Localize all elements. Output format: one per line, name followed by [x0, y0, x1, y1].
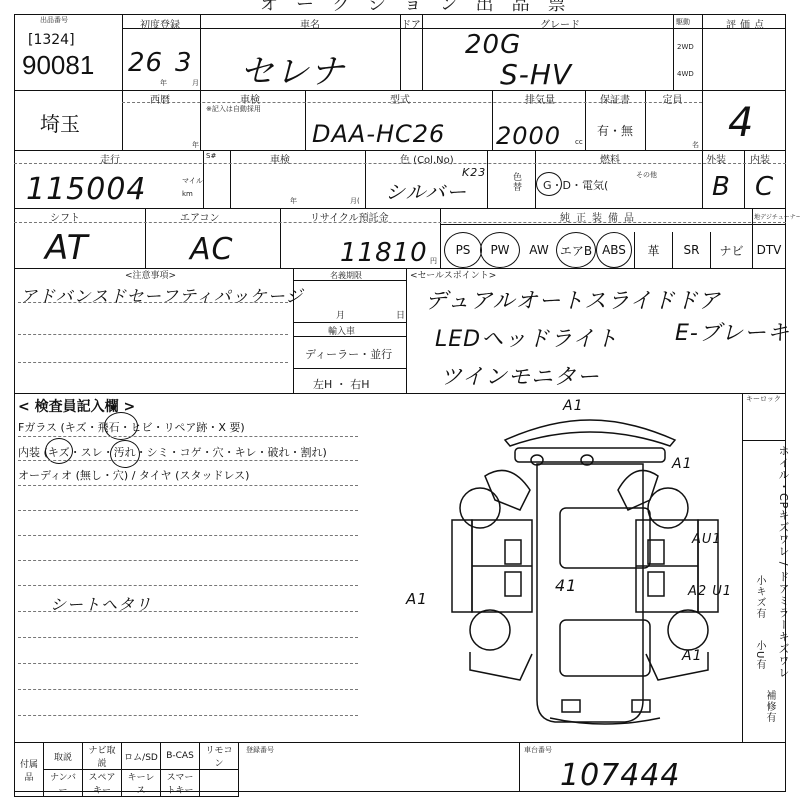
equip-pw[interactable]: PW: [480, 232, 520, 268]
model: DAA-HC26: [312, 120, 445, 148]
tuner-label: 地デジチューナー: [754, 212, 800, 221]
ac-label: エアコン: [180, 209, 220, 224]
fuel-label: 燃料: [600, 151, 620, 166]
lot-number: 90081: [22, 50, 94, 81]
acc-spare-key[interactable]: スペアキー: [83, 770, 122, 797]
mark-right-rear-fender: A1: [672, 456, 692, 472]
interior-grade: C: [755, 172, 774, 202]
ownership-day: 日: [396, 308, 405, 321]
capacity-label: 定員: [650, 91, 695, 106]
door-label: ドア: [400, 16, 422, 31]
equip-aw[interactable]: AW: [522, 232, 556, 268]
mark-right-rear-door: AU1: [692, 532, 722, 547]
equip-navi[interactable]: ナビ: [710, 232, 752, 268]
sales-label: <セールスポイント>: [410, 268, 496, 281]
inspector-handwritten: シートヘタリ: [50, 592, 152, 615]
circle-yogore: [110, 440, 140, 468]
grade-line2: S-HV: [500, 58, 572, 91]
mark-roof: 41: [555, 576, 577, 595]
acc-navi-manual[interactable]: ナビ取説: [83, 743, 122, 770]
region: 埼玉: [40, 108, 80, 137]
fuel-other: その他: [636, 170, 657, 180]
year-unit: 年: [160, 78, 167, 88]
equip-sr[interactable]: SR: [672, 232, 710, 268]
accessories-label: 付属品: [15, 743, 44, 797]
acc-rom-sd[interactable]: ロム/SD: [122, 743, 161, 770]
dealer-label[interactable]: ディーラー・並行: [305, 346, 392, 362]
first-reg-month: 3: [175, 48, 193, 78]
sales-line3: ツインモニター: [440, 360, 600, 391]
sales-line2: LEDヘッドライト: [435, 322, 618, 353]
meter-label: S#: [206, 152, 216, 160]
era-label: 西暦: [130, 91, 190, 106]
cc-unit: cc: [575, 138, 583, 146]
first-reg-year: 26: [128, 48, 163, 78]
mark-left-side: A1: [406, 590, 428, 608]
equip-airbag[interactable]: エアB: [556, 232, 596, 268]
recycle-label: リサイクル預託金: [310, 209, 389, 224]
inspection-note: ※記入は自動採用: [206, 104, 261, 114]
caution-label: <注意事項>: [125, 268, 176, 281]
model-label: 型式: [370, 91, 430, 106]
exterior-grade: B: [712, 172, 731, 202]
caution-text: アドバンスドセーフティパッケージ: [20, 282, 303, 307]
first-reg-label: 初度登録: [130, 16, 190, 31]
chassis-number: 107444: [560, 758, 681, 793]
imported-label[interactable]: 輸入車: [328, 324, 355, 337]
sales-line1: デュアルオートスライドドア: [425, 284, 721, 315]
drive-4wd: 4WD: [677, 70, 694, 78]
shift: AT: [45, 228, 89, 268]
mileage-label: 走行: [100, 151, 120, 166]
accessories-table: 付属品 取説 ナビ取説 ロム/SD B-CAS リモコン ナンバー スペアキー …: [14, 742, 239, 797]
equip-dtv[interactable]: DTV: [752, 232, 786, 268]
handle-label[interactable]: 左H ・ 右H: [313, 376, 370, 392]
car-name-label: 車名: [280, 16, 340, 31]
color-change-label: 色替: [510, 172, 523, 192]
ownership-label: 名義期限: [330, 270, 362, 281]
acc-remote[interactable]: リモコン: [200, 743, 239, 770]
color-label: 色 (Col.No): [400, 151, 454, 166]
vi-label: 車検: [270, 151, 290, 166]
drive-2wd: 2WD: [677, 43, 694, 51]
grade-line1: 20G: [465, 30, 521, 60]
ac: AC: [190, 232, 233, 267]
acc-smart-key[interactable]: スマートキー: [161, 770, 200, 797]
acc-manual[interactable]: 取説: [44, 743, 83, 770]
equip-ps[interactable]: PS: [444, 232, 482, 268]
note-small-dent: 小U有: [752, 640, 767, 670]
lot-label: 出品番号: [40, 15, 68, 25]
acc-blank: [200, 770, 239, 797]
vi-year-unit: 年: [290, 196, 297, 206]
chassis-label: 車台番号: [524, 745, 552, 755]
equipment-label: 純正装備品: [560, 209, 640, 224]
note-small-scratch: 小キズ有: [752, 575, 767, 619]
displacement-label: 排気量: [500, 91, 580, 106]
sales-line2b: E-ブレーキ: [675, 316, 790, 347]
shift-label: シフト: [50, 209, 80, 224]
ownership-month: 月: [336, 308, 345, 321]
equip-leather[interactable]: 革: [634, 232, 672, 268]
vi-month-unit: 月(: [350, 196, 360, 206]
mark-right-front-door: A2 U1: [688, 584, 732, 599]
acc-number-plate[interactable]: ナンバー: [44, 770, 83, 797]
color-no: K23: [462, 166, 486, 179]
interior-label: 内装: [750, 151, 770, 166]
score-value: 4: [728, 100, 754, 146]
warranty-label: 保証書: [590, 91, 640, 106]
mark-right-front-fender: A1: [682, 648, 702, 664]
equip-abs[interactable]: ABS: [596, 232, 632, 268]
grade-label: グレード: [520, 16, 600, 31]
lot-bracket: [1324]: [28, 32, 75, 48]
recycle-fee: 11810: [340, 238, 428, 268]
drive-label: 駆動: [676, 17, 690, 27]
inspector-line3: オーディオ (無し・穴) / タイヤ (スタッドレス): [18, 467, 249, 483]
note-repaired: 補修有: [762, 690, 777, 723]
yen-unit: 円: [430, 256, 437, 266]
unit-km: km: [182, 190, 193, 198]
acc-keyless[interactable]: キーレス: [122, 770, 161, 797]
car-name: セレナ: [240, 44, 345, 93]
color: シルバー: [385, 176, 467, 205]
reg-number-label: 登録番号: [246, 745, 274, 755]
fuel-options[interactable]: G・D・電気(: [543, 177, 608, 193]
score-label: 評価点: [712, 16, 782, 31]
month-unit: 月: [192, 78, 199, 88]
mark-rear-bumper: A1: [563, 398, 583, 414]
wheel-note: ホイル・CPキズワレ / ドアミラーキズワレ: [775, 445, 791, 679]
warranty-options[interactable]: 有・無: [590, 122, 640, 139]
mileage: 115004: [26, 172, 147, 207]
unit-mile: マイル: [182, 176, 203, 186]
era-unit: 年: [192, 140, 199, 150]
displacement: 2000: [496, 122, 561, 150]
exterior-label: 外装: [706, 151, 726, 166]
keylock-label: キーロック: [746, 394, 781, 404]
capacity-unit: 名: [692, 140, 699, 150]
acc-bcas[interactable]: B-CAS: [161, 743, 200, 770]
car-damage-diagram: [440, 400, 740, 740]
